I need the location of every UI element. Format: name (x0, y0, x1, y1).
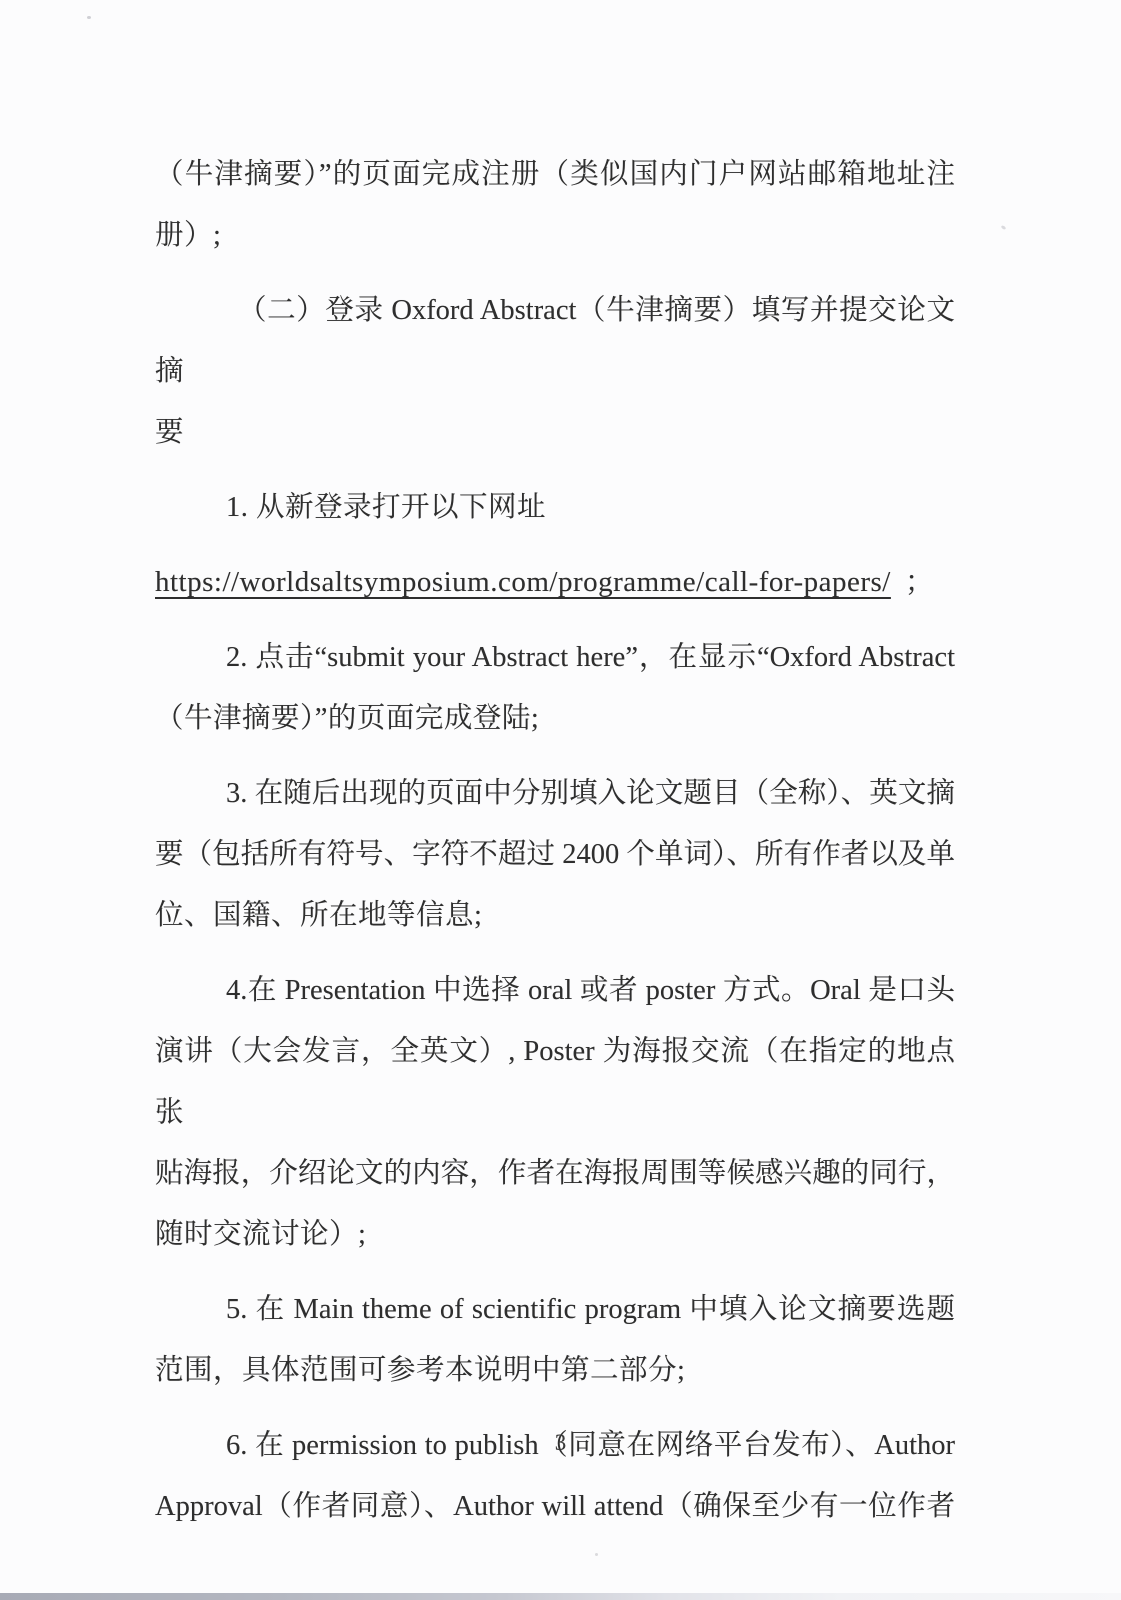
paragraph-step-1: 1. 从新登录打开以下网址 (155, 477, 955, 538)
text-line: 1. 从新登录打开以下网址 (155, 477, 955, 538)
text-line: 范围，具体范围可参考本说明中第二部分; (155, 1340, 955, 1401)
document-body: （牛津摘要）”的页面完成注册（类似国内门户网站邮箱地址注 册）; （二）登录 O… (155, 144, 955, 1537)
text-line: （牛津摘要）”的页面完成登陆; (155, 688, 955, 749)
text-line: 贴海报，介绍论文的内容，作者在海报周围等候感兴趣的同行， (155, 1143, 955, 1204)
scan-edge-shadow (0, 1593, 1121, 1600)
text-line: 5. 在 Main theme of scientific program 中填… (155, 1279, 955, 1340)
paragraph-step-2: 2. 点击“submit your Abstract here”，在显示“Oxf… (155, 627, 955, 749)
document-page: （牛津摘要）”的页面完成注册（类似国内门户网站邮箱地址注 册）; （二）登录 O… (0, 0, 1121, 1600)
scan-speck (1001, 225, 1007, 230)
text-line: （牛津摘要）”的页面完成注册（类似国内门户网站邮箱地址注 (155, 144, 955, 205)
scan-speck (87, 16, 91, 19)
text-line: 册）; (155, 205, 955, 266)
section-heading-line: 要 (155, 402, 955, 463)
text-line: 要（包括所有符号、字符不超过 2400 个单词）、所有作者以及单 (155, 824, 955, 885)
paragraph-step-3: 3. 在随后出现的页面中分别填入论文题目（全称）、英文摘 要（包括所有符号、字符… (155, 763, 955, 946)
text-line: Approval（作者同意）、Author will attend（确保至少有一… (155, 1476, 955, 1537)
paragraph-step-4: 4.在 Presentation 中选择 oral 或者 poster 方式。O… (155, 960, 955, 1265)
paragraph-section-2: （二）登录 Oxford Abstract（牛津摘要）填写并提交论文摘 要 (155, 280, 955, 463)
paragraph: （牛津摘要）”的页面完成注册（类似国内门户网站邮箱地址注 册）; (155, 144, 955, 266)
url-link[interactable]: https://worldsaltsymposium.com/programme… (155, 566, 891, 598)
paragraph-url: https://worldsaltsymposium.com/programme… (155, 552, 955, 613)
url-suffix: ； (905, 566, 935, 598)
paragraph-step-5: 5. 在 Main theme of scientific program 中填… (155, 1279, 955, 1401)
page-number: 3 (0, 1428, 1121, 1458)
text-line: 2. 点击“submit your Abstract here”，在显示“Oxf… (155, 627, 955, 688)
section-heading-line: （二）登录 Oxford Abstract（牛津摘要）填写并提交论文摘 (155, 280, 955, 402)
text-line: 3. 在随后出现的页面中分别填入论文题目（全称）、英文摘 (155, 763, 955, 824)
text-line: 4.在 Presentation 中选择 oral 或者 poster 方式。O… (155, 960, 955, 1021)
scan-speck (595, 1553, 598, 1556)
text-line: 演讲（大会发言，全英文）, Poster 为海报交流（在指定的地点张 (155, 1021, 955, 1143)
url-line: https://worldsaltsymposium.com/programme… (155, 552, 955, 613)
text-line: 随时交流讨论）; (155, 1204, 955, 1265)
text-line: 位、国籍、所在地等信息; (155, 885, 955, 946)
